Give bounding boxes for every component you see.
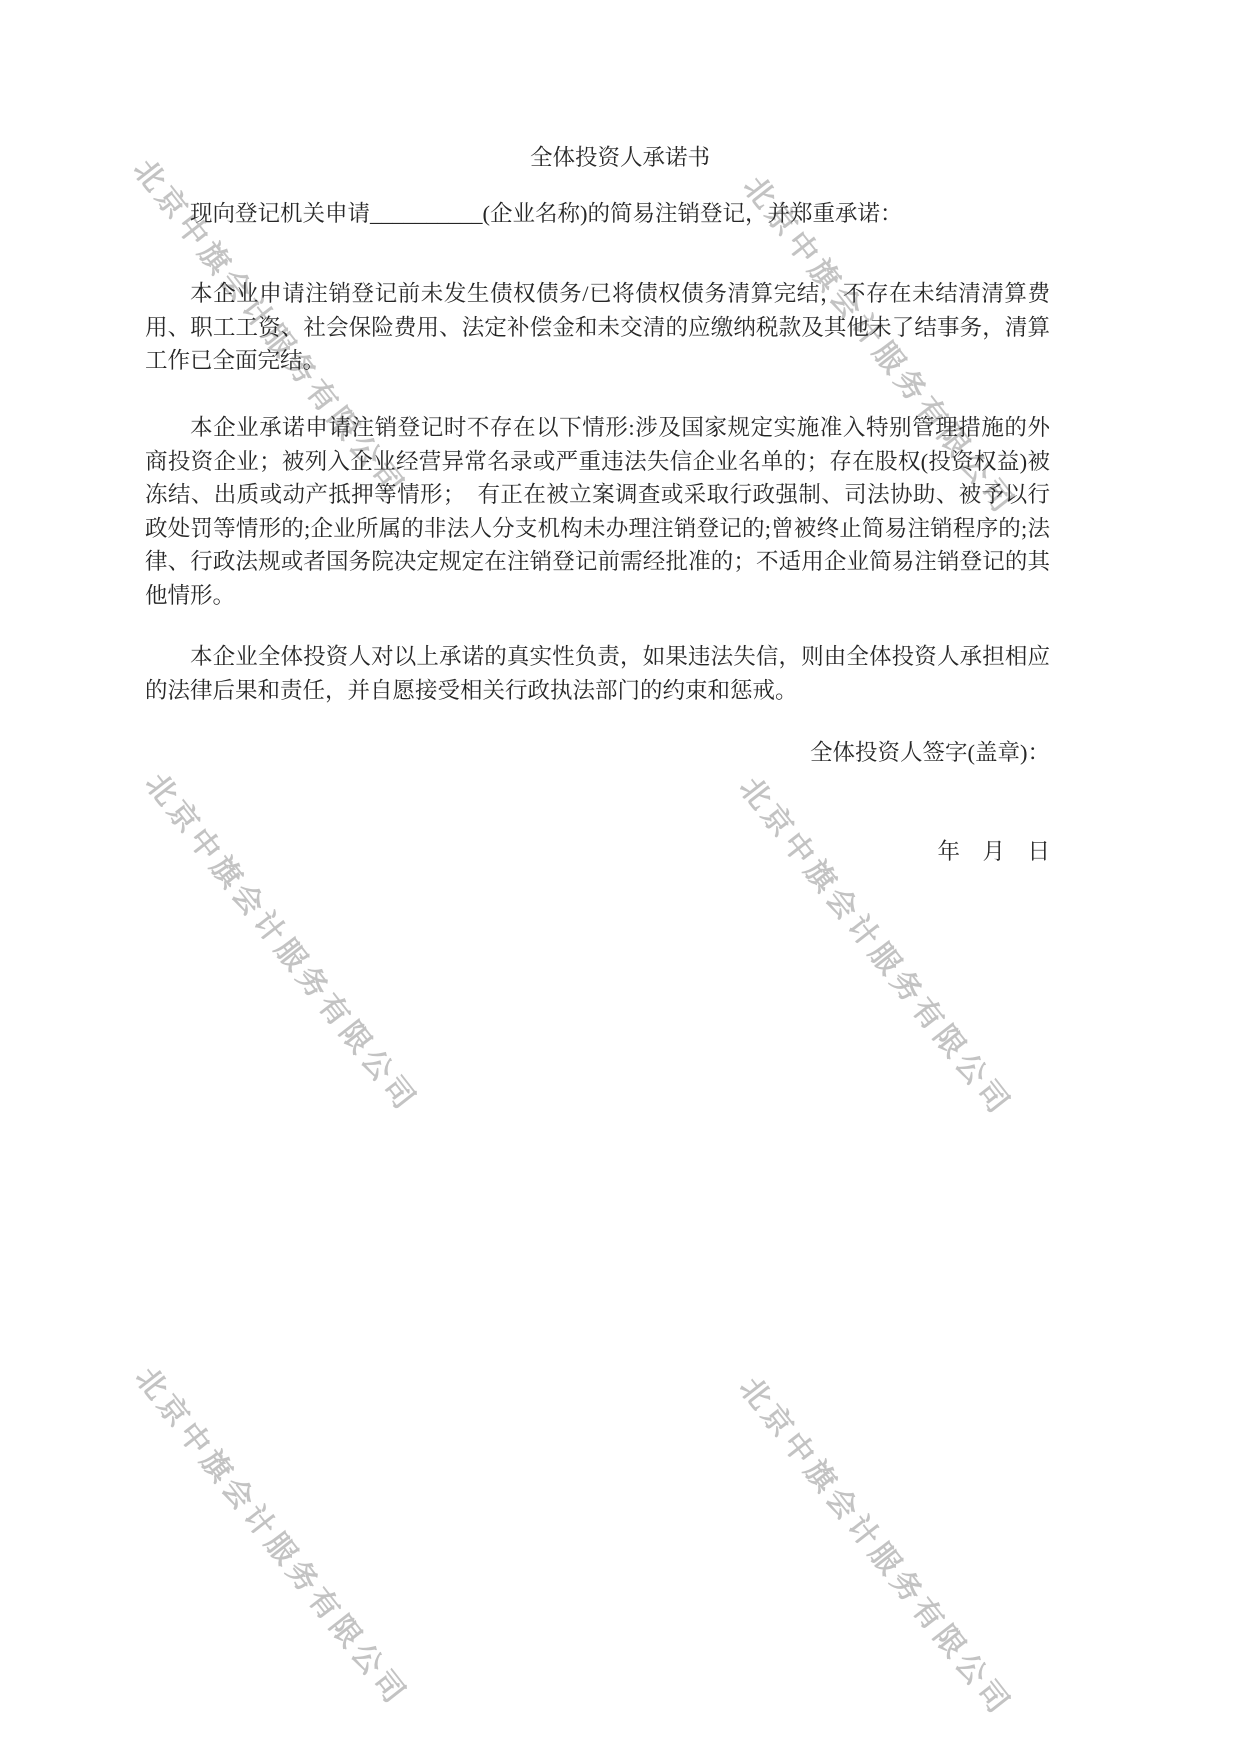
paragraph-liability: 本企业全体投资人对以上承诺的真实性负责，如果违法失信，则由全体投资人承担相应的法… <box>145 640 1050 707</box>
intro-text-after: (企业名称)的简易注销登记，并郑重承诺： <box>483 201 903 226</box>
company-name-blank: __________ <box>370 201 483 226</box>
document-title: 全体投资人承诺书 <box>0 141 1240 175</box>
intro-text-before: 现向登记机关申请 <box>190 201 370 226</box>
date-line: 年 月 日 <box>145 835 1050 869</box>
paragraph-no-debts: 本企业申请注销登记前未发生债权债务/已将债权债务清算完结，不存在未结清清算费用、… <box>145 277 1050 378</box>
watermark-text: 北京中旗会计服务有限公司 <box>137 762 430 1120</box>
signature-label: 全体投资人签字(盖章)： <box>145 736 1050 770</box>
paragraph-no-disqualifying-circumstances: 本企业承诺申请注销登记时不存在以下情形:涉及国家规定实施准入特别管理措施的外商投… <box>145 411 1050 612</box>
intro-line: 现向登记机关申请__________(企业名称)的简易注销登记，并郑重承诺： <box>145 197 1050 231</box>
watermark-text: 北京中旗会计服务有限公司 <box>731 766 1024 1124</box>
document-page: 北京中旗会计服务有限公司 北京中旗会计服务有限公司 北京中旗会计服务有限公司 北… <box>0 0 1240 1754</box>
watermark-text: 北京中旗会计服务有限公司 <box>731 1366 1024 1724</box>
watermark-text: 北京中旗会计服务有限公司 <box>127 1356 420 1714</box>
